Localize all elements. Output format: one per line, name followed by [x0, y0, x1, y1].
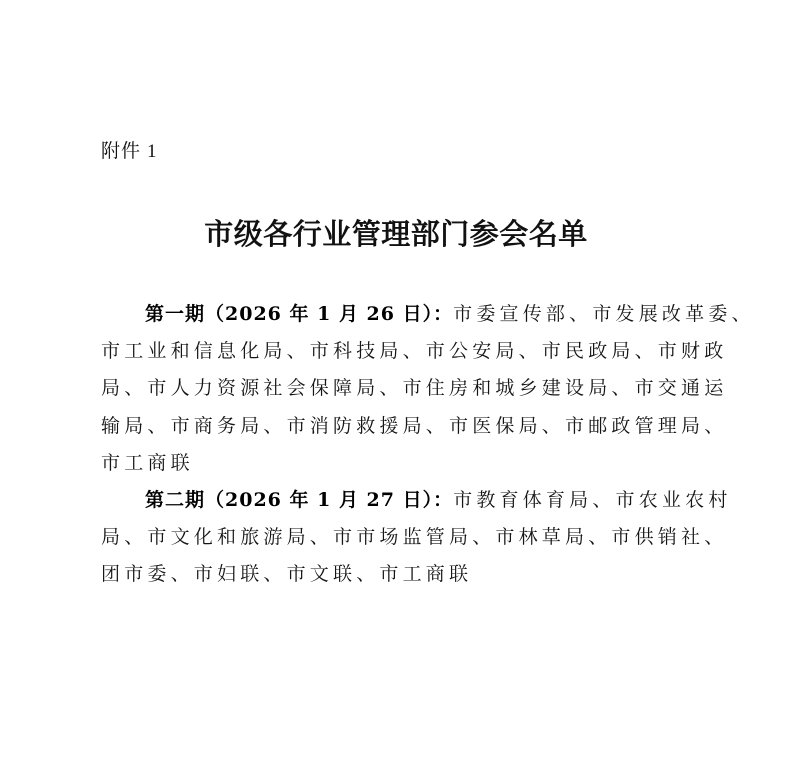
document-page: 附件1 市级各行业管理部门参会名单 第一期（2026 年 1 月 26 日）：市… — [0, 0, 792, 781]
session-1-heading: 第一期（2026 年 1 月 26 日）： — [145, 303, 453, 325]
session-1-line-5: 市工商联 — [101, 445, 701, 482]
session-1-line-1: 第一期（2026 年 1 月 26 日）：市委宣传部、市发展改革委、 — [101, 296, 701, 333]
attachment-label: 附件1 — [101, 139, 158, 164]
session-2-heading: 第二期（2026 年 1 月 27 日）： — [145, 489, 453, 511]
session-2-line-3: 团市委、市妇联、市文联、市工商联 — [101, 556, 701, 593]
session-1-line-3: 局、市人力资源社会保障局、市住房和城乡建设局、市交通运 — [101, 370, 701, 407]
session-1-line-2: 市工业和信息化局、市科技局、市公安局、市民政局、市财政 — [101, 333, 701, 370]
attachment-number: 1 — [147, 141, 158, 162]
session-1-text-line: 市委宣传部、市发展改革委、 — [453, 303, 755, 325]
attachment-label-text: 附件 — [101, 140, 141, 162]
document-title: 市级各行业管理部门参会名单 — [0, 216, 792, 252]
session-2-line-1: 第二期（2026 年 1 月 27 日）：市教育体育局、市农业农村 — [101, 482, 701, 519]
session-2-text-line: 市教育体育局、市农业农村 — [453, 489, 731, 511]
document-body: 第一期（2026 年 1 月 26 日）：市委宣传部、市发展改革委、 市工业和信… — [101, 296, 701, 594]
session-1-line-4: 输局、市商务局、市消防救援局、市医保局、市邮政管理局、 — [101, 408, 701, 445]
session-2-line-2: 局、市文化和旅游局、市市场监管局、市林草局、市供销社、 — [101, 519, 701, 556]
